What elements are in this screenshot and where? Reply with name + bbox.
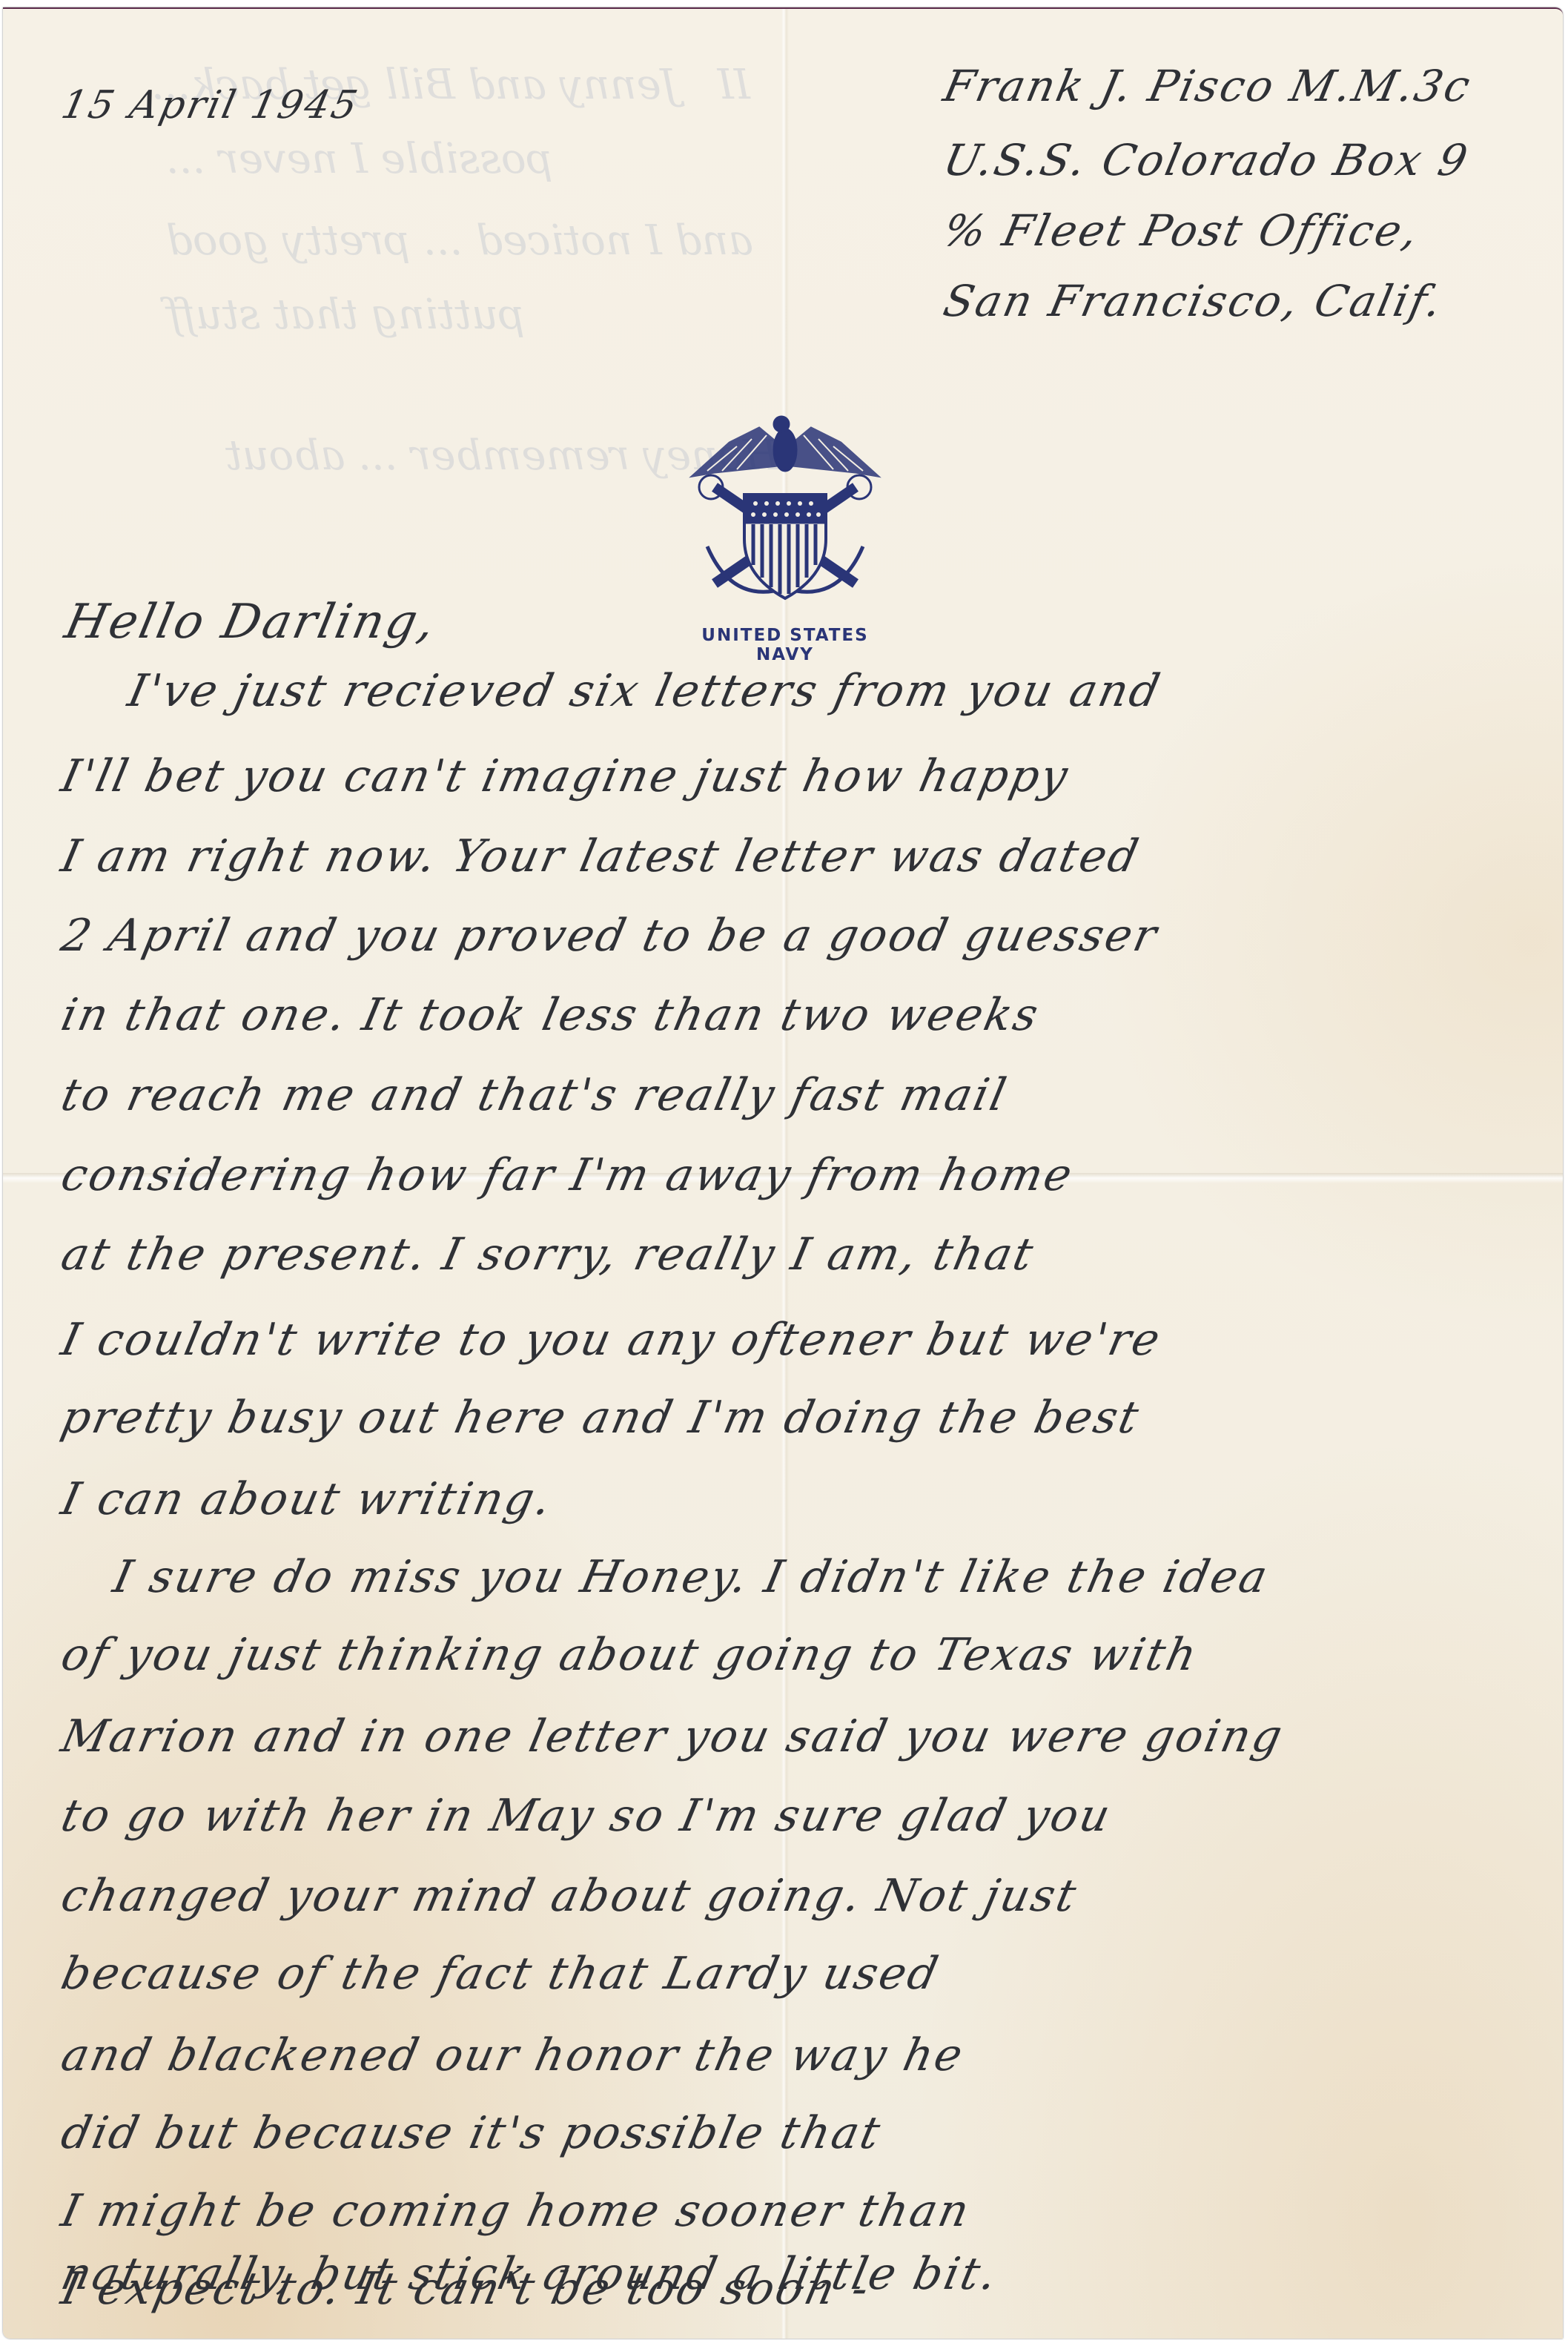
letter-line: I'll bet you can't imagine just how happ…: [57, 750, 1074, 802]
letterhead-label: UNITED STATES NAVY: [670, 626, 900, 664]
letter-line: I couldn't write to you any oftener but …: [57, 1314, 1167, 1366]
letter-line: pretty busy out here and I'm doing the b…: [57, 1392, 1145, 1444]
bleed-through-text: putting that stuff: [166, 291, 525, 339]
letter-line: I can about writing.: [57, 1473, 558, 1525]
return-address-line: San Francisco, Calif.: [939, 276, 1448, 326]
letter-line: and blackened our honor the way he: [57, 2029, 970, 2081]
us-navy-emblem-icon: [685, 413, 885, 613]
letter-line: I've just recieved six letters from you …: [124, 665, 1167, 717]
letter-line: did but because it's possible that: [57, 2107, 887, 2159]
letter-sheet: II Jenny and Bill get back... possible I…: [3, 7, 1563, 2339]
salutation: Hello Darling,: [60, 595, 442, 650]
bleed-through-text: possible I never ...: [166, 135, 553, 183]
letter-line: considering how far I'm away from home: [57, 1149, 1079, 1201]
return-address-line: % Fleet Post Office,: [939, 205, 1425, 256]
letter-line: Marion and in one letter you said you we…: [57, 1711, 1289, 1762]
letter-line: I am right now. Your latest letter was d…: [57, 830, 1145, 882]
letter-line: in that one. It took less than two weeks: [57, 989, 1045, 1041]
letter-line: of you just thinking about going to Texa…: [57, 1629, 1203, 1681]
letter-line: naturally, but stick around a little bit…: [57, 2248, 1004, 2300]
letter-line: to go with her in May so I'm sure glad y…: [57, 1790, 1117, 1842]
return-address-line: Frank J. Pisco M.M.3c: [939, 61, 1477, 111]
bleed-through-text: and I noticed ... pretty good: [166, 217, 753, 265]
letter-line: to reach me and that's really fast mail: [57, 1069, 1013, 1121]
letter-date: 15 April 1945: [58, 83, 363, 128]
letter-line: at the present. I sorry, really I am, th…: [57, 1229, 1040, 1280]
letter-line: I might be coming home sooner than: [57, 2185, 976, 2237]
letter-line: because of the fact that Lardy used: [57, 1948, 945, 2000]
return-address-line: U.S.S. Colorado Box 9: [939, 135, 1474, 185]
letter-line: I sure do miss you Honey. I didn't like …: [109, 1551, 1274, 1603]
letter-line: changed your mind about going. Not just: [57, 1870, 1083, 1922]
letter-line: 2 April and you proved to be a good gues…: [57, 910, 1163, 962]
